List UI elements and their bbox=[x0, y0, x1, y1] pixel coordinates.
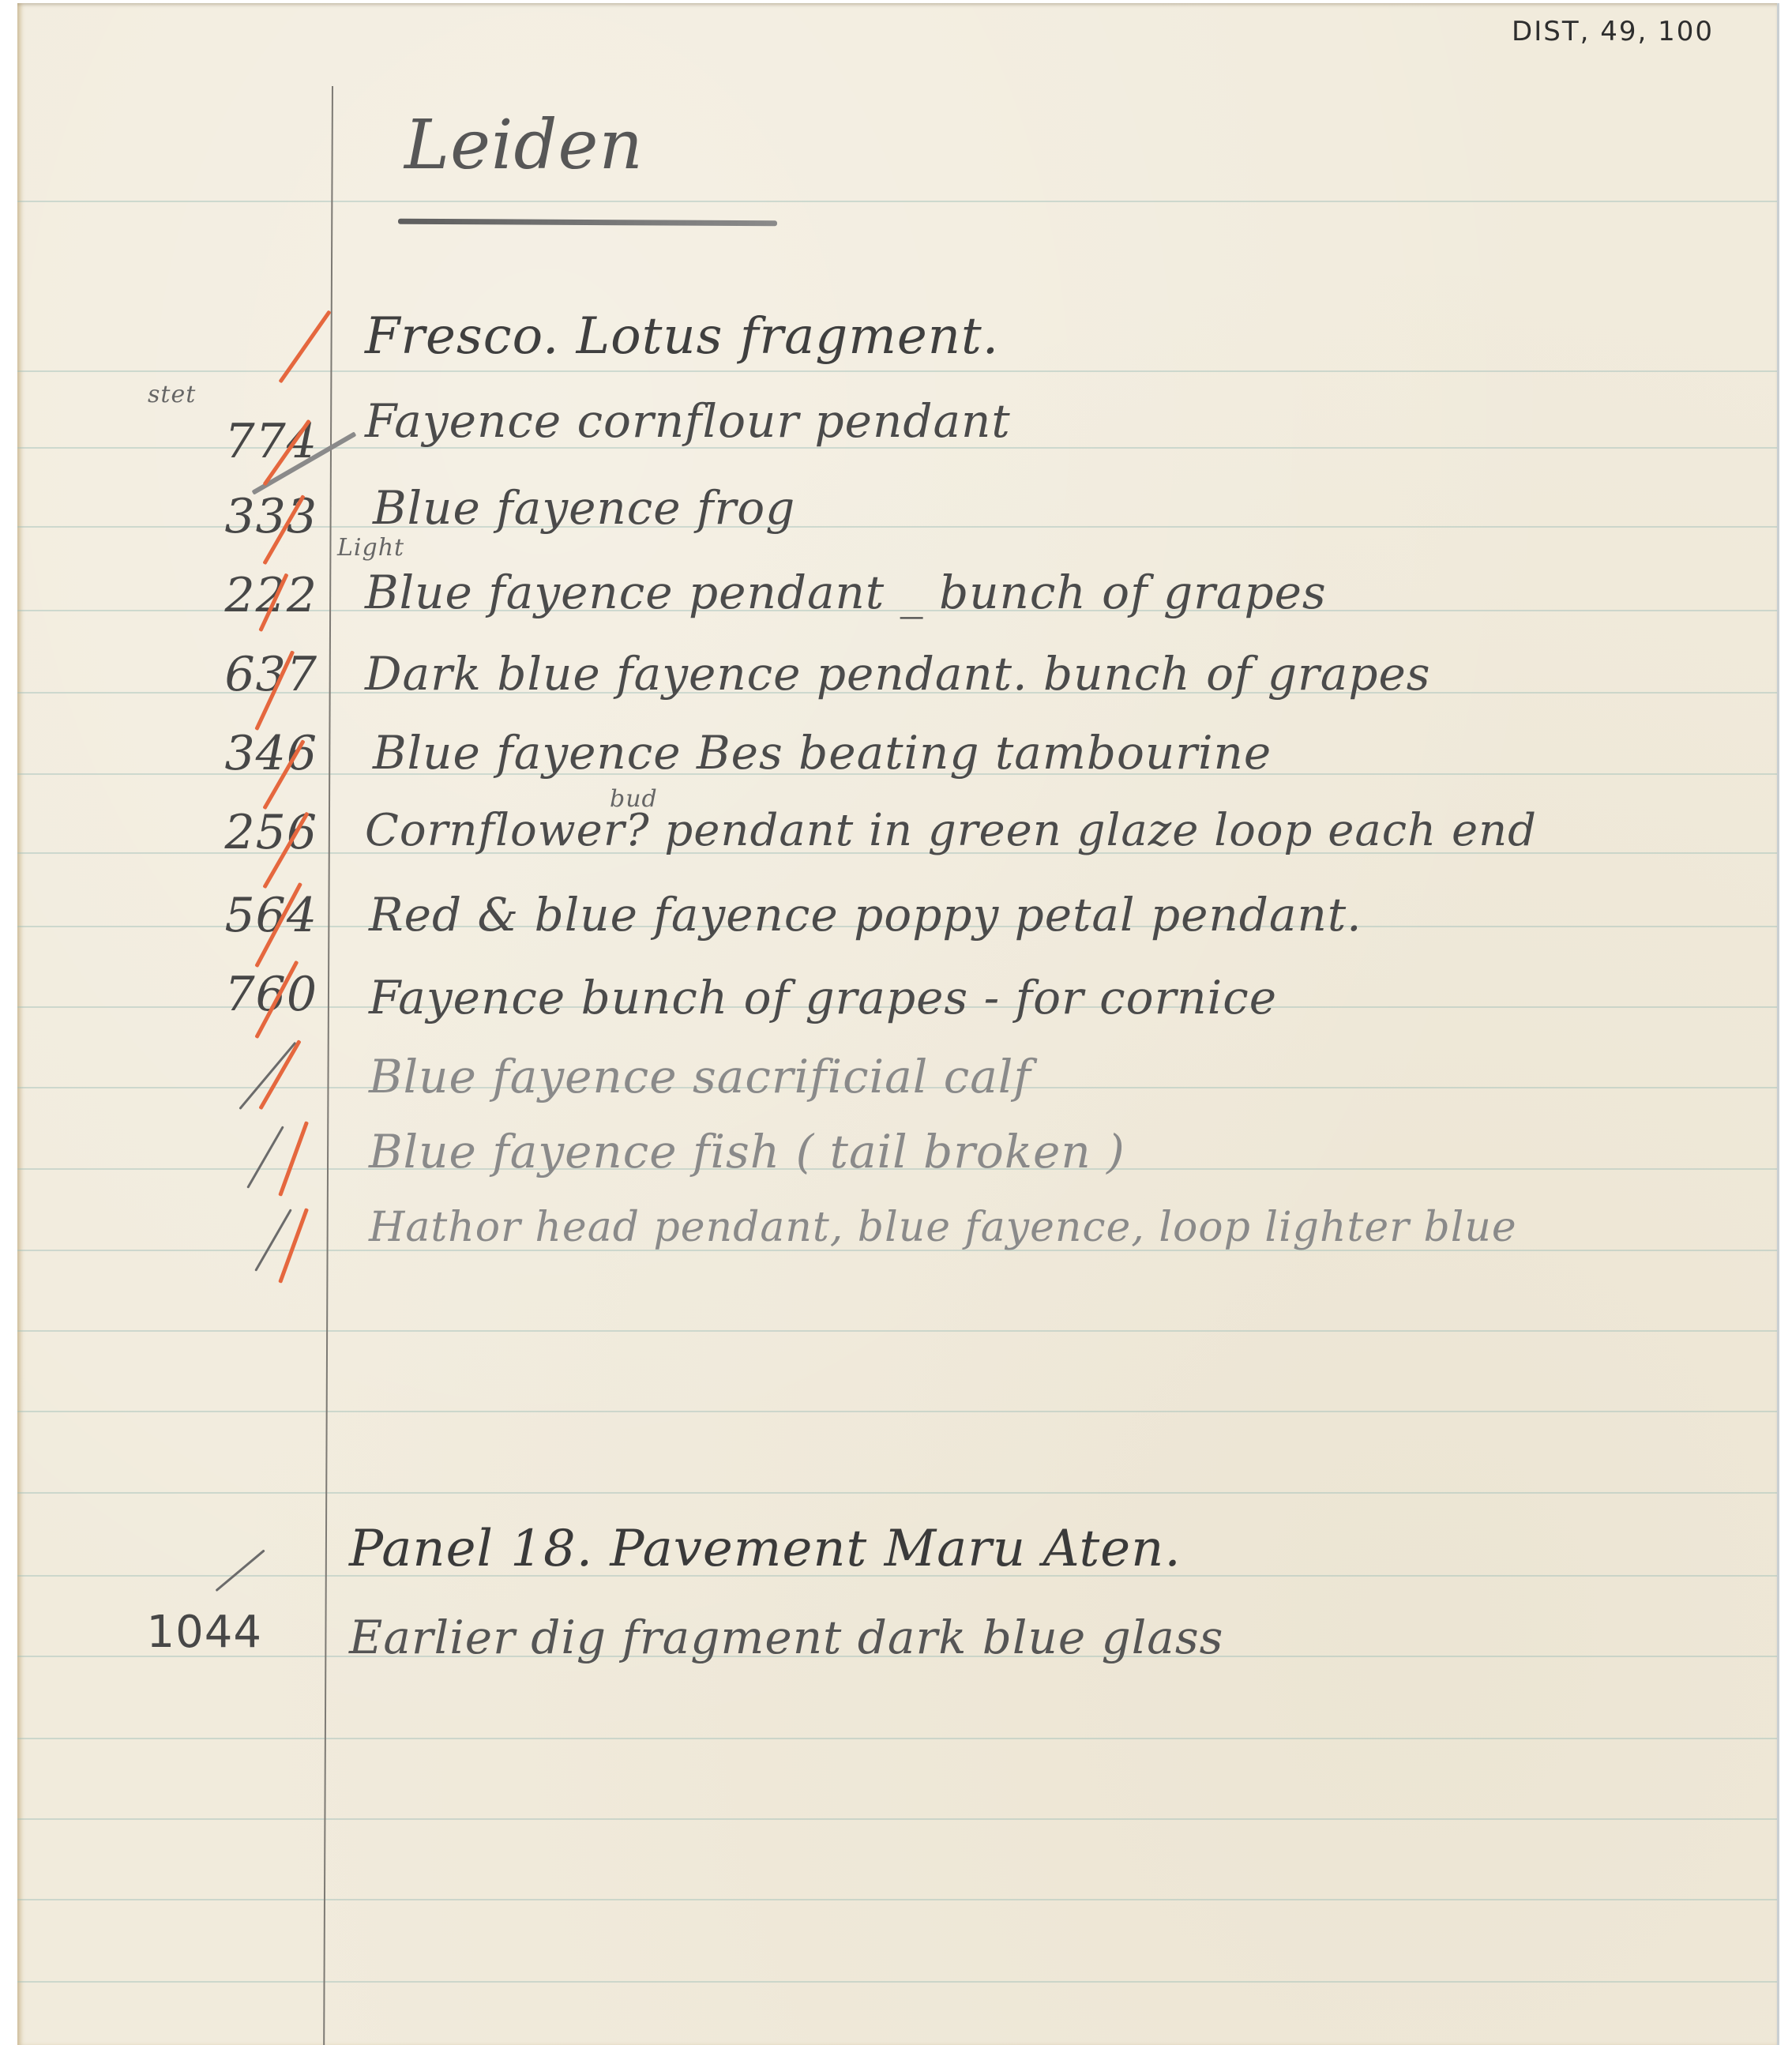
entry-description: Fayence cornflour pendant bbox=[365, 394, 1011, 448]
red-check-mark bbox=[258, 1039, 301, 1110]
ruled-line bbox=[17, 370, 1777, 372]
entry-description: Blue fayence Bes beating tambourine bbox=[373, 726, 1272, 780]
entry-description: Panel 18. Pavement Maru Aten. bbox=[349, 1520, 1182, 1578]
entry-annotation-light: Light bbox=[337, 534, 404, 562]
grey-check-mark bbox=[216, 1549, 265, 1592]
grey-check-mark bbox=[246, 1126, 284, 1188]
ruled-line bbox=[17, 1411, 1777, 1412]
title-underline bbox=[398, 219, 777, 227]
margin-line bbox=[323, 86, 333, 2045]
entry-number: 637 bbox=[160, 647, 317, 702]
entry-description: Hathor head pendant, blue fayence, loop … bbox=[369, 1204, 1517, 1251]
entry-description: Blue fayence frog bbox=[373, 481, 795, 535]
entry-description: Blue fayence pendant _ bunch of grapes bbox=[365, 566, 1327, 619]
entry-number: 1044 bbox=[104, 1607, 262, 1658]
entry-description: Blue fayence fish ( tail broken ) bbox=[369, 1125, 1125, 1179]
entry-description: Blue fayence sacrificial calf bbox=[369, 1050, 1031, 1103]
entry-description: Earlier dig fragment dark blue glass bbox=[349, 1611, 1223, 1664]
ruled-line bbox=[17, 1818, 1777, 1820]
entry-number: 760 bbox=[160, 967, 317, 1022]
red-check-mark bbox=[278, 310, 331, 383]
ruled-line bbox=[17, 201, 1777, 202]
ruled-line bbox=[17, 1981, 1777, 1983]
entry-number: 222 bbox=[160, 568, 317, 623]
entry-description: Red & blue fayence poppy petal pendant. bbox=[369, 888, 1362, 942]
ruled-line bbox=[17, 1738, 1777, 1739]
ruled-line bbox=[17, 1330, 1777, 1332]
entry-description: Fresco. Lotus fragment. bbox=[365, 307, 999, 366]
entry-description: Cornflower? pendant in green glaze loop … bbox=[365, 805, 1537, 856]
page-title: Leiden bbox=[404, 106, 644, 185]
entry-description: Dark blue fayence pendant. bunch of grap… bbox=[365, 647, 1431, 701]
archive-reference: DIST, 49, 100 bbox=[1512, 16, 1714, 47]
document-page: DIST, 49, 100 Leiden Fresco. Lotus fragm… bbox=[17, 3, 1779, 2045]
red-check-mark bbox=[278, 1121, 309, 1197]
red-check-mark bbox=[278, 1208, 309, 1284]
entry-annotation-stet: stet bbox=[148, 381, 196, 408]
entry-description: Fayence bunch of grapes - for cornice bbox=[369, 971, 1277, 1024]
ruled-line bbox=[17, 1492, 1777, 1494]
ruled-line bbox=[17, 1899, 1777, 1900]
